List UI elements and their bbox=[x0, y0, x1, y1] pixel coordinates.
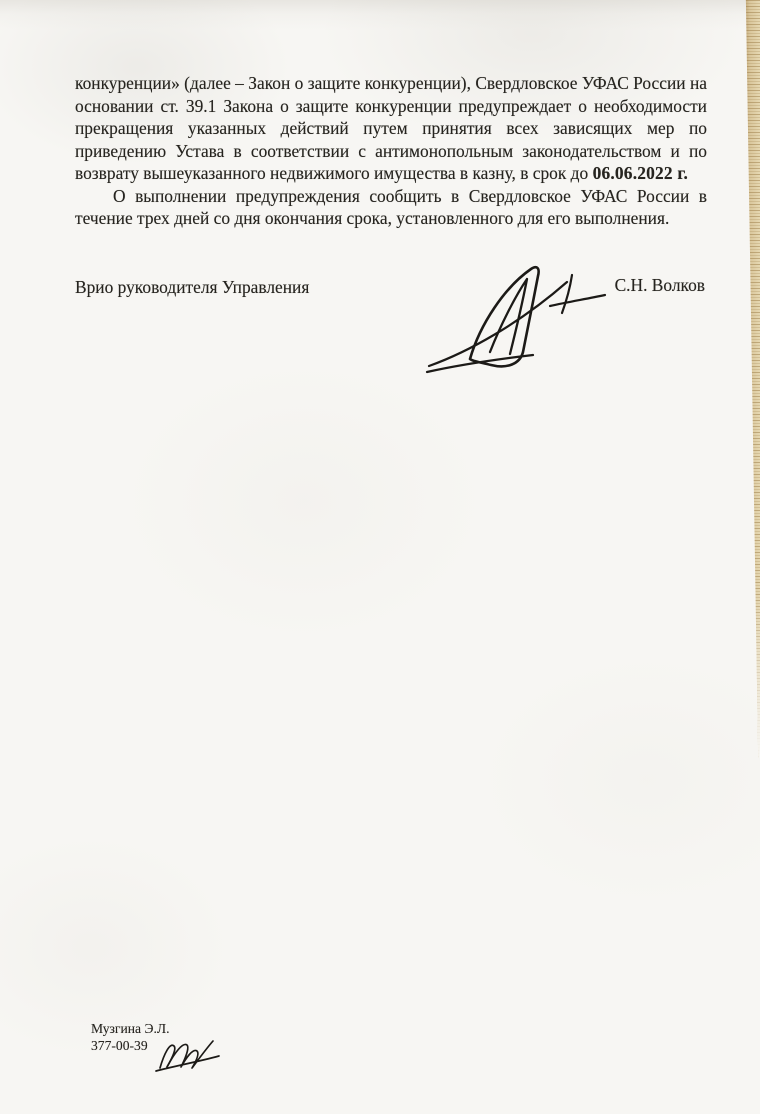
signer-position-title: Врио руководителя Управления bbox=[75, 277, 309, 298]
executor-footer: Музгина Э.Л. 377-00-39 bbox=[91, 1020, 169, 1054]
executor-initials-scribble-icon bbox=[153, 1032, 227, 1078]
body-paragraph-2: О выполнении предупреждения сообщить в С… bbox=[75, 185, 707, 230]
handwritten-signature-icon bbox=[423, 254, 615, 390]
document-page: конкуренции» (далее – Закон о защите кон… bbox=[0, 0, 760, 1114]
body-paragraph-1: конкуренции» (далее – Закон о защите кон… bbox=[75, 72, 707, 185]
scan-edge-strip bbox=[745, 0, 760, 758]
deadline-date: 06.06.2022 г. bbox=[593, 163, 689, 183]
letter-body: конкуренции» (далее – Закон о защите кон… bbox=[75, 72, 707, 230]
signer-name: С.Н. Волков bbox=[615, 275, 705, 296]
